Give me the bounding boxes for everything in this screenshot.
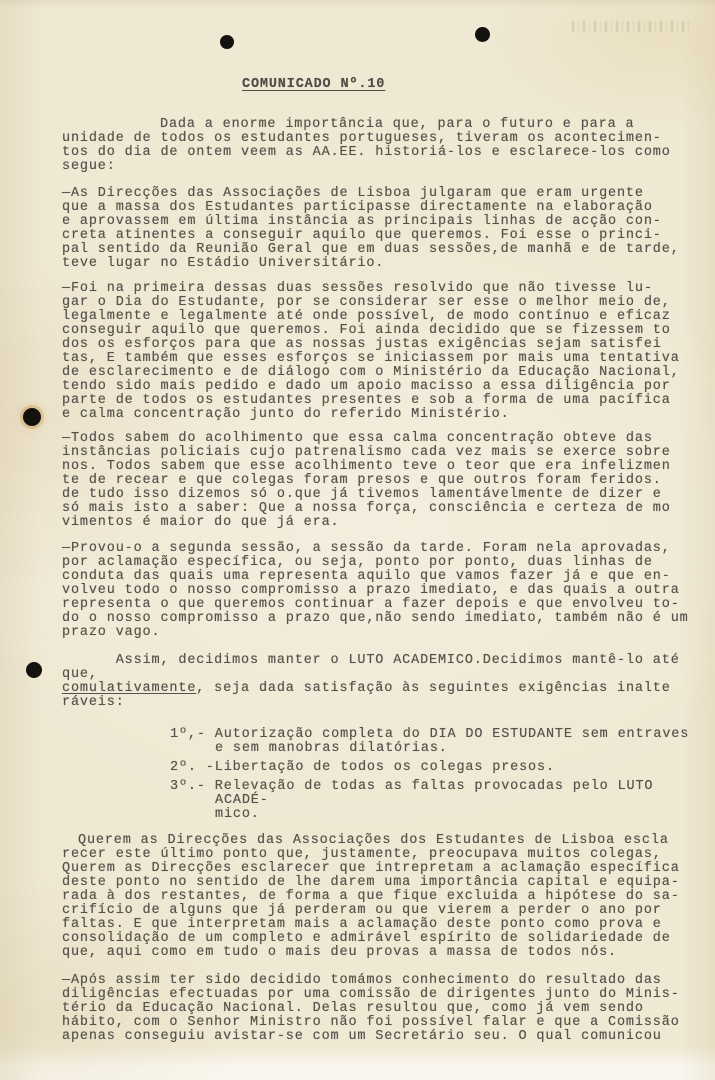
faint-archive-inscription bbox=[572, 21, 690, 32]
demand-item-1: 1º,- Autorização completa do DIA DO ESTU… bbox=[62, 728, 707, 756]
demands-list: 1º,- Autorização completa do DIA DO ESTU… bbox=[62, 728, 707, 822]
punch-hole-top-left bbox=[220, 35, 234, 49]
punch-hole-top-right bbox=[475, 27, 490, 42]
punch-hole-left-upper bbox=[23, 408, 41, 426]
paragraph-intro: Dada a enorme importância que, para o fu… bbox=[62, 118, 707, 174]
document-body: COMUNICADO Nº.10 Dada a enorme importânc… bbox=[62, 78, 707, 1044]
demand-item-2: 2º. -Libertação de todos os colegas pres… bbox=[62, 761, 707, 775]
paragraph-diligencias: —Após assim ter sido decidido tomámos co… bbox=[62, 974, 707, 1044]
punch-hole-left-lower bbox=[26, 662, 42, 678]
document-title: COMUNICADO Nº.10 bbox=[242, 78, 707, 92]
scanned-document-page: COMUNICADO Nº.10 Dada a enorme importânc… bbox=[0, 0, 715, 1080]
luto-text-underlined: comulativamente bbox=[62, 681, 196, 696]
paragraph-esclarecimento: Querem as Direcções das Associações dos … bbox=[62, 834, 707, 960]
demand-item-3: 3º.- Relevação de todas as faltas provoc… bbox=[62, 780, 707, 822]
paragraph-primeira-sessao: —Foi na primeira dessas duas sessões res… bbox=[62, 282, 707, 422]
luto-text-pre: Assim, decidimos manter o LUTO ACADEMICO… bbox=[62, 653, 689, 682]
paragraph-segunda-sessao: —Provou-o a segunda sessão, a sessão da … bbox=[62, 542, 707, 640]
paragraph-concentracao: —Todos sabem do acolhimento que essa cal… bbox=[62, 432, 707, 530]
paragraph-reuniao-geral: —As Direcções das Associações de Lisboa … bbox=[62, 187, 707, 271]
paragraph-luto-academico: Assim, decidimos manter o LUTO ACADEMICO… bbox=[62, 640, 707, 724]
